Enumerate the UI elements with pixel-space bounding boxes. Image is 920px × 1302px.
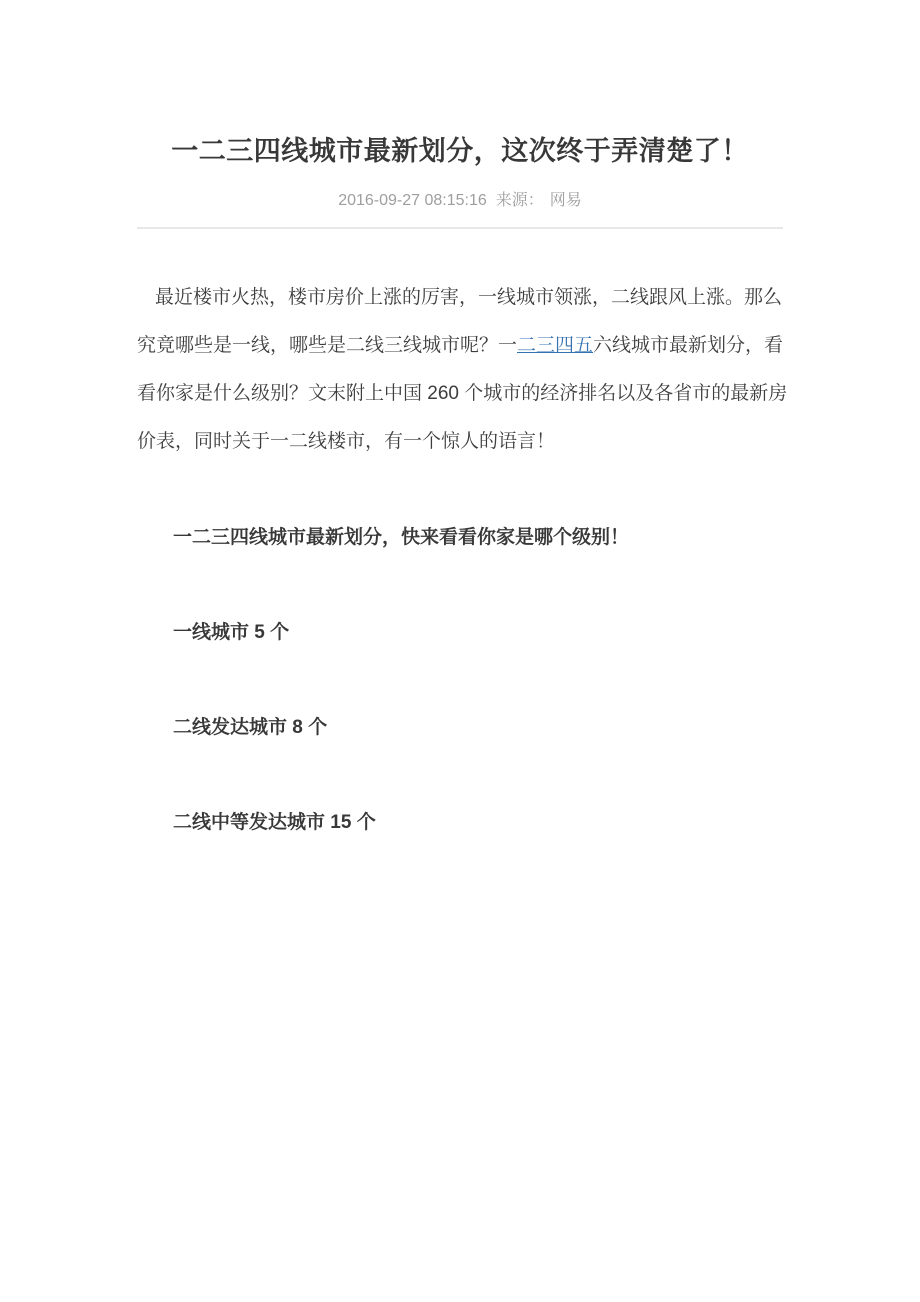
subheading-tier1-cities: 一线城市 5 个 [137,609,783,657]
subheading-tier2-developed-cities: 二线发达城市 8 个 [137,704,783,752]
paragraph-text: 六线城市最新划分，看 [593,335,783,356]
paragraph-line: 看你家是什么级别？文末附上中国 260 个城市的经济排名以及各省市的最新房 [137,370,783,418]
source-label: 来源： [496,192,544,209]
publish-timestamp: 2016-09-27 08:15:16 [338,192,487,209]
meta-divider [137,227,783,229]
paragraph-line: 最近楼市火热，楼市房价上涨的厉害，一线城市领涨，二线跟风上涨。那么 [137,274,783,322]
subheading-tier2-mid-developed-cities: 二线中等发达城市 15 个 [137,799,783,847]
paragraph-text: 究竟哪些是一线，哪些是二线三线城市呢？一 [137,335,517,356]
article-body: 最近楼市火热，楼市房价上涨的厉害，一线城市领涨，二线跟风上涨。那么 究竟哪些是一… [137,274,783,466]
page-title: 一二三四线城市最新划分，这次终于弄清楚了！ [137,0,783,169]
article-meta: 2016-09-27 08:15:16来源：网易 [137,190,783,212]
source-name: 网易 [550,192,582,209]
inline-text-link[interactable]: 二三四五 [517,335,593,356]
subheading-division-intro: 一二三四线城市最新划分，快来看看你家是哪个级别！ [137,514,783,562]
paragraph-line: 究竟哪些是一线，哪些是二线三线城市呢？一二三四五六线城市最新划分，看 [137,322,783,370]
article-container: 一二三四线城市最新划分，这次终于弄清楚了！ 2016-09-27 08:15:1… [137,0,783,847]
paragraph-line: 价表，同时关于一二线楼市，有一个惊人的语言！ [137,418,783,466]
article-page: 一二三四线城市最新划分，这次终于弄清楚了！ 2016-09-27 08:15:1… [0,0,920,1302]
